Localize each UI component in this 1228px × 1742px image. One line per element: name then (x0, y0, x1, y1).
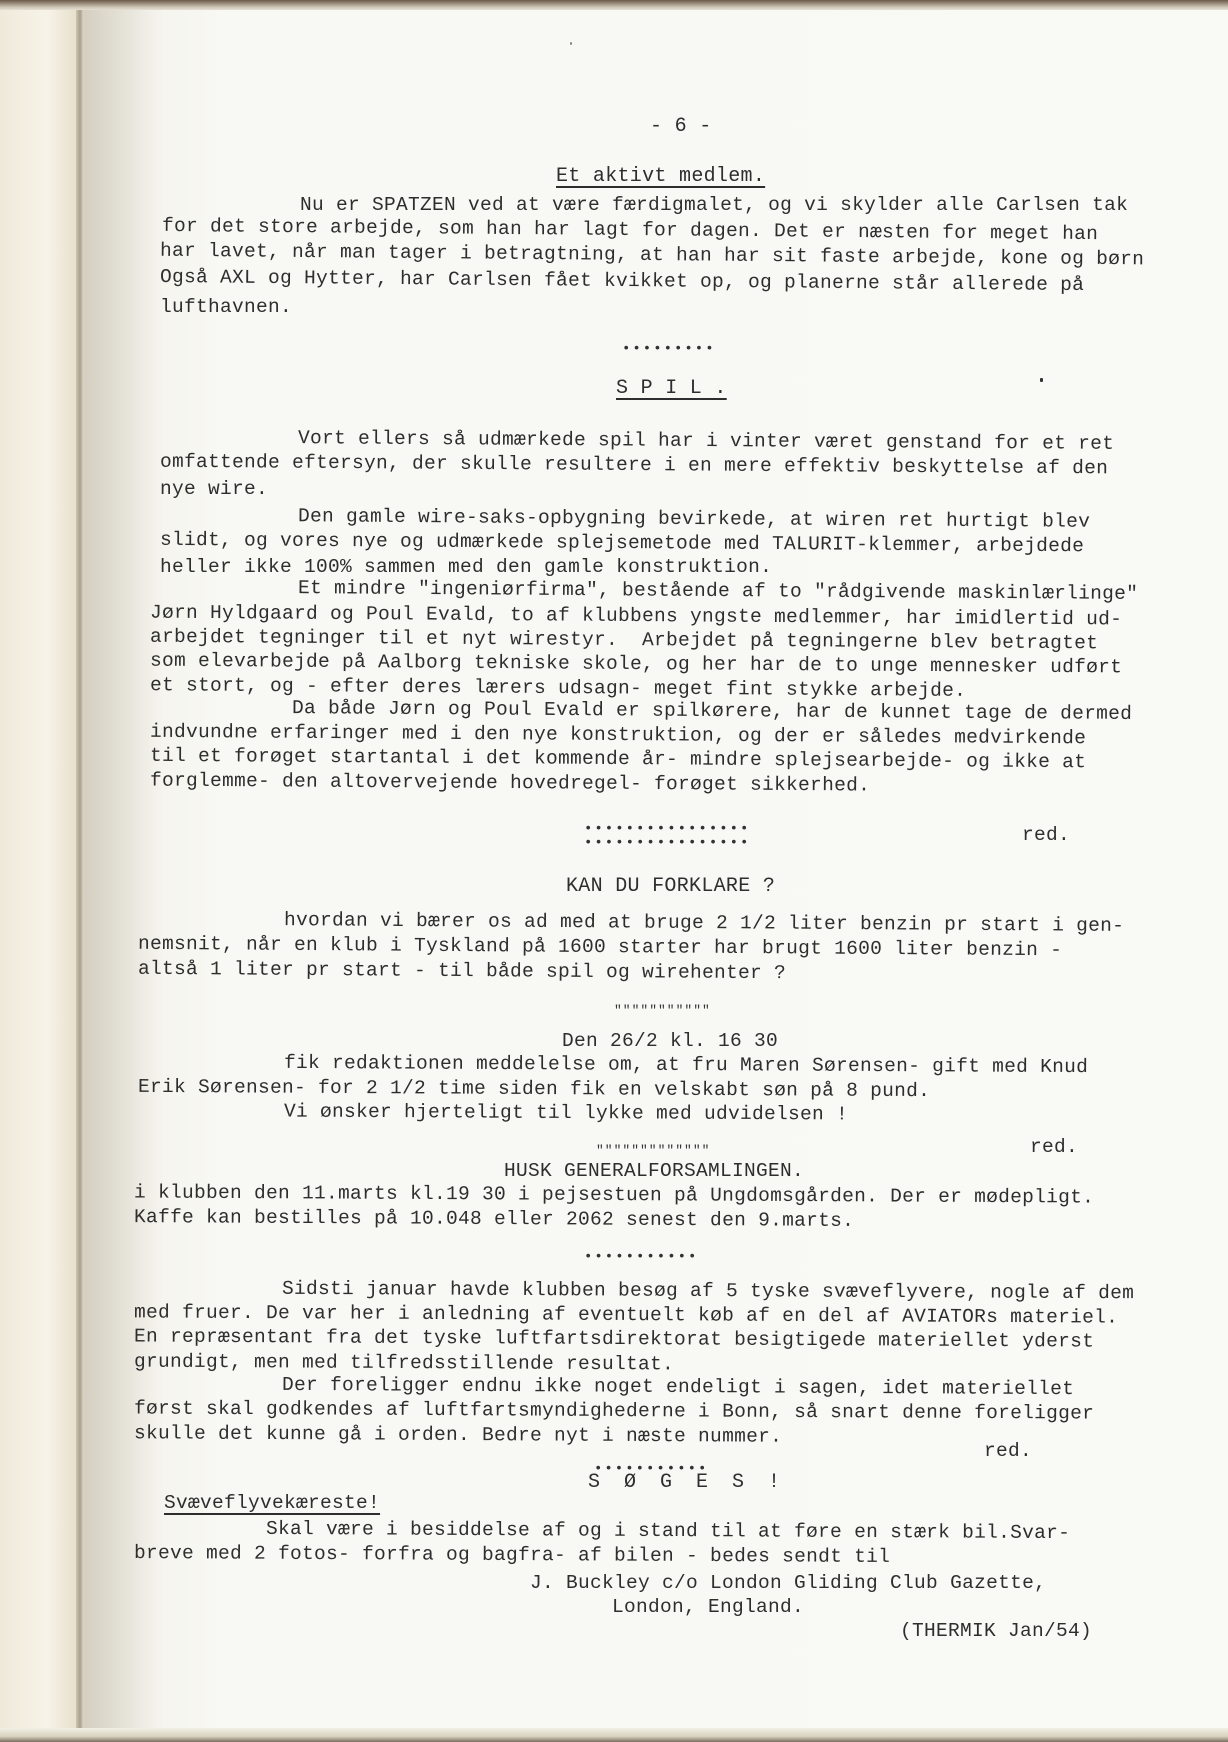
paragraph-line: Kaffe kan bestilles på 10.048 eller 2062… (134, 1206, 854, 1232)
paragraph-line: breve med 2 fotos- forfra og bagfra- af … (134, 1542, 890, 1568)
heading-spil: S P I L . (616, 378, 727, 400)
paragraph-line: Skal være i besiddelse af og i stand til… (266, 1518, 1070, 1544)
scan-bottom-edge (0, 1728, 1228, 1742)
signature-red: red. (1022, 824, 1070, 846)
address-line: J. Buckley c/o London Gliding Club Gazet… (530, 1572, 1046, 1594)
separator-dots: ••••••••••• (584, 1246, 698, 1268)
paragraph-line: altså 1 liter pr start - til både spil o… (138, 958, 786, 985)
paragraph-line: heller ikke 100% sammen med den gamle ko… (160, 556, 772, 578)
paragraph-line: fik redaktionen meddelelse om, at fru Ma… (284, 1052, 1088, 1078)
scan-speck (1040, 378, 1043, 382)
heading-generalforsamling: HUSK GENERALFORSAMLINGEN. (504, 1160, 804, 1182)
paragraph-line: Erik Sørensen- for 2 1/2 time siden fik … (138, 1076, 930, 1102)
paragraph-line: Der foreligger endnu ikke noget endeligt… (282, 1374, 1074, 1400)
facing-page-edge (0, 10, 78, 1730)
separator-quotes: """"""""""""" (596, 1140, 710, 1162)
subheading-svaeveflyvekaereste: Svæveflyvekæreste! (164, 1492, 380, 1514)
scan-speck (570, 42, 572, 45)
separator-dots: •••••••••••••••• (584, 832, 750, 854)
page-gutter-shadow (84, 10, 164, 1728)
signature-red: red. (984, 1440, 1032, 1462)
signature-red: red. (1030, 1136, 1078, 1158)
paragraph-line: lufthavnen. (160, 296, 292, 318)
paragraph-line: Sidsti januar havde klubben besøg af 5 t… (282, 1278, 1134, 1304)
paragraph-line: Nu er SPATZEN ved at være færdigmalet, o… (300, 194, 1128, 216)
paragraph-line: nye wire. (160, 478, 268, 500)
paragraph-line: grundigt, men med tilfredsstillende resu… (134, 1351, 674, 1376)
heading-kan-du-forklare: KAN DU FORKLARE ? (566, 876, 775, 898)
heading-soeges: S Ø G E S ! (588, 1472, 786, 1494)
source-citation: (THERMIK Jan/54) (900, 1620, 1092, 1642)
page-number: - 6 - (650, 116, 712, 138)
dateline: Den 26/2 kl. 16 30 (562, 1030, 778, 1052)
separator-quotes: """"""""""" (614, 1000, 711, 1022)
paragraph-line: Vi ønsker hjerteligt til lykke med udvid… (284, 1101, 848, 1126)
heading-aktivt-medlem: Et aktivt medlem. (556, 166, 765, 188)
binding-spine (76, 10, 84, 1730)
paragraph-line: skulle det kunne gå i orden. Bedre nyt i… (134, 1422, 782, 1447)
address-line: London, England. (612, 1596, 804, 1618)
separator-dots: ••••••••• (622, 338, 716, 360)
